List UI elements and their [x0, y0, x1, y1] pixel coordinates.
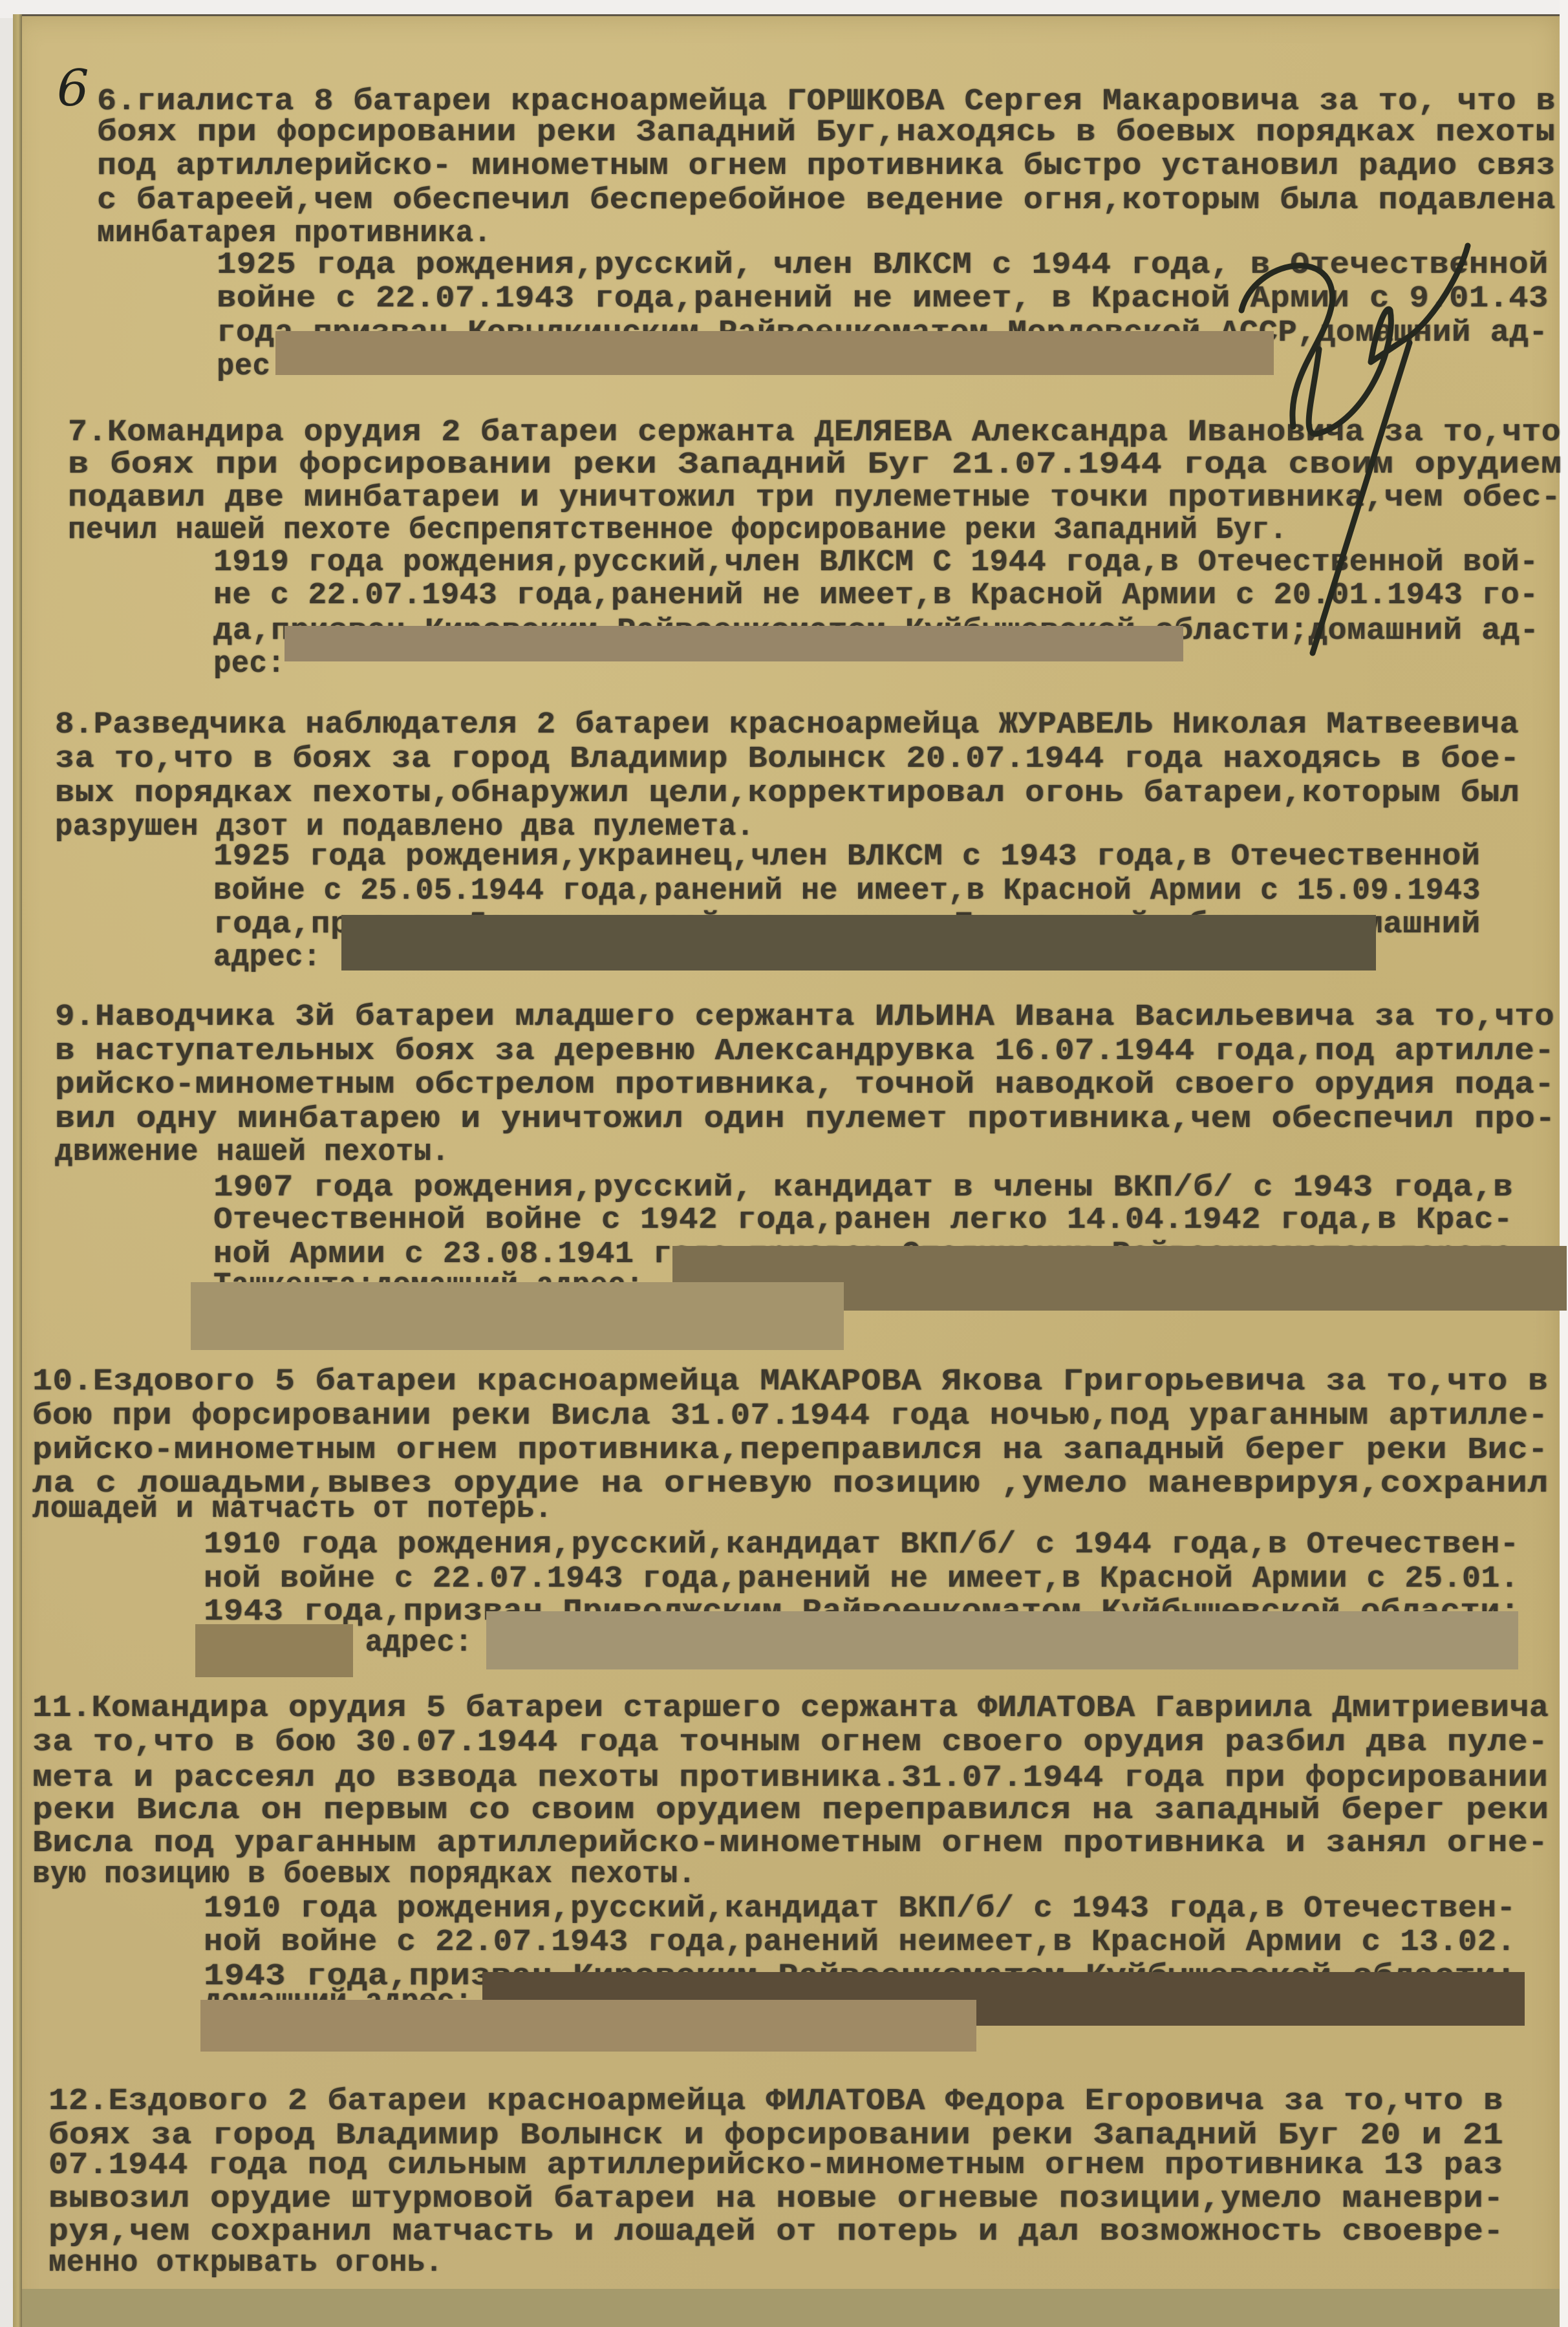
entry-11-line: реки Висла он первым со своим орудием пе… [32, 1793, 1549, 1828]
entry-9-line: 9.Наводчика 3й батареи младшего сержанта… [55, 1000, 1554, 1035]
entry-8-line: за то,что в боях за город Владимир Волын… [55, 742, 1520, 777]
address-redaction-bar [191, 1282, 844, 1350]
entry-10-bio-line: ной войне с 22.07.1943 года,ранений не и… [204, 1561, 1519, 1596]
entry-6-line: 6.гиалиста 8 батареи красноармейца ГОРШК… [97, 84, 1556, 119]
entry-6-line: под артиллерийско- минометным огнем прот… [97, 149, 1556, 184]
handwritten-item-number: 6 [57, 59, 89, 118]
entry-9-bio-line: Отечественной войне с 1942 года,ранен ле… [213, 1203, 1513, 1238]
entry-6-line: боях при форсировании реки Западний Буг,… [97, 115, 1555, 150]
entry-9-line: рийско-минометным обстрелом противника, … [55, 1067, 1554, 1102]
entry-12-line: 07.1944 года под сильным артиллерийско-м… [48, 2148, 1503, 2183]
entry-6-bio-line: рес [217, 349, 270, 384]
entry-9-line: движение нашей пехоты. [55, 1135, 449, 1170]
address-redaction-bar [486, 1611, 1518, 1669]
address-redaction-bar [275, 331, 1274, 375]
entry-8-bio-line: адрес: [213, 940, 321, 975]
entry-10-line: лошадей и матчасть от потерь. [32, 1492, 552, 1527]
address-redaction-bar [195, 1624, 353, 1677]
entry-11-line: вую позицию в боевых порядках пехоты. [32, 1857, 696, 1892]
entry-11-bio-line: 1910 года рождения,русский,кандидат ВКП/… [204, 1891, 1516, 1926]
address-redaction-bar [341, 915, 1376, 970]
entry-10-bio-line: 1910 года рождения,русский,кандидат ВКП/… [204, 1527, 1520, 1562]
entry-12-line: 12.Ездового 2 батареи красноармейца ФИЛА… [48, 2084, 1503, 2119]
entry-11-line: мета и рассеял до взвода пехоты противни… [32, 1761, 1548, 1796]
entry-6-line: минбатарея противника. [97, 216, 491, 251]
entry-12-line: вывозил орудие штурмовой батареи на новы… [48, 2182, 1503, 2216]
entry-10-line: 10.Ездового 5 батареи красноармейца МАКА… [32, 1364, 1548, 1399]
address-redaction-bar [200, 2000, 976, 2052]
entry-11-bio-line: ной войне с 22.07.1943 года,ранений неим… [204, 1925, 1516, 1960]
entry-10-line: рийско-минометным огнем противника,переп… [32, 1433, 1548, 1468]
entry-8-bio-line: 1925 года рождения,украинец,член ВЛКСМ с… [213, 839, 1480, 874]
entry-12-line: руя,чем сохранил матчасть и лошадей от п… [48, 2214, 1503, 2249]
entry-8-line: 8.Разведчика наблюдателя 2 батареи красн… [55, 707, 1519, 742]
entry-10-line: бою при форсировании реки Висла 31.07.19… [32, 1399, 1548, 1433]
underlying-page-strip [22, 2289, 1560, 2327]
page-fold-edge [13, 14, 22, 2327]
entry-9-line: в наступательных боях за деревню Алексан… [55, 1034, 1554, 1069]
entry-11-line: за то,что в бою 30.07.1944 года точным о… [32, 1725, 1548, 1760]
entry-11-line: 11.Командира орудия 5 батареи старшего с… [32, 1691, 1549, 1726]
entry-12-line: менно открывать огонь. [48, 2246, 443, 2280]
entry-7-bio-line: рес: [213, 647, 285, 681]
entry-9-bio-line: 1907 года рождения,русский, кандидат в ч… [213, 1170, 1513, 1205]
entry-8-bio-line: войне с 25.05.1944 года,ранений не имеет… [213, 874, 1481, 908]
address-redaction-bar [285, 626, 1183, 661]
entry-7-line: печил нашей пехоте беспрепятственное фор… [68, 513, 1287, 548]
entry-9-line: вил одну минбатарею и уничтожил один пул… [55, 1102, 1556, 1137]
scan-background-right [1560, 0, 1568, 2327]
entry-11-line: Висла под ураганным артиллерийско-миноме… [32, 1826, 1548, 1861]
entry-8-line: вых порядках пехоты,обнаружил цели,корре… [55, 776, 1520, 811]
entry-6-line: с батареей,чем обеспечил бесперебойное в… [97, 183, 1556, 218]
signature-mark-icon [1216, 233, 1487, 698]
